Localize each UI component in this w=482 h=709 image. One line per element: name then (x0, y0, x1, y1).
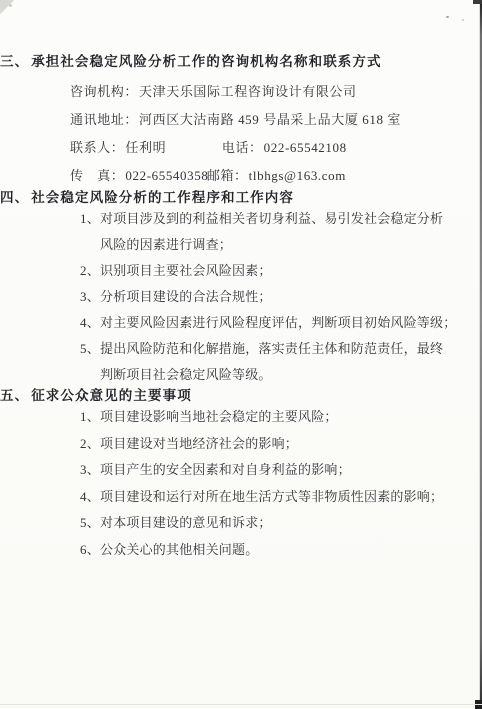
list-item: 2、识别项目主要社会风险因素； (80, 258, 458, 284)
section-heading-public-opinion: 五、征求公众意见的主要事项 (0, 388, 482, 404)
contact-pair: 联系人：任利明 (70, 134, 218, 162)
item-number: 2、 (80, 258, 100, 284)
list-item: 4、对主要风险因素进行风险程度评估，判断项目初始风险等级； (80, 310, 458, 336)
item-text: 对项目涉及到的利益相关者切身利益、易引发社会稳定分析 风险的因素进行调查； (100, 206, 443, 258)
contact-pair: 通讯地址：河西区大沽南路 459 号晶采上品大厦 618 室 (70, 106, 401, 134)
contact-pair: 电话：022-65542108 (222, 140, 347, 155)
scan-speck (462, 19, 464, 21)
list-item: 1、项目建设影响当地社会稳定的主要风险； (80, 404, 458, 431)
contact-row-fax-email: 传 真：022-65540358 邮箱：tlbhgs@163.com (70, 162, 482, 190)
contact-value: 022-65542108 (264, 140, 347, 155)
contact-row-person-phone: 联系人：任利明 电话：022-65542108 (70, 134, 482, 162)
section-number: 四、 (0, 190, 29, 205)
scan-speck (9, 4, 12, 7)
list-item: 3、分析项目建设的合法合规性； (80, 284, 458, 310)
list-item: 6、公众关心的其他相关问题。 (80, 537, 458, 564)
item-number: 6、 (80, 537, 100, 564)
contact-label: 邮箱： (207, 168, 248, 183)
contact-pair: 邮箱：tlbhgs@163.com (207, 168, 346, 183)
contact-value: 天津天乐国际工程咨询设计有限公司 (139, 84, 357, 99)
section-title: 征求公众意见的主要事项 (31, 388, 192, 403)
scanned-document-page: 三、承担社会稳定风险分析工作的咨询机构名称和联系方式 咨询机构：天津天乐国际工程… (0, 0, 482, 709)
section-title: 社会稳定风险分析的工作程序和工作内容 (31, 190, 294, 205)
contact-row-agency: 咨询机构：天津天乐国际工程咨询设计有限公司 (70, 78, 482, 106)
contact-label: 咨询机构： (70, 84, 138, 99)
contact-label: 传 真： (70, 168, 124, 183)
item-text: 项目建设对当地经济社会的影响； (100, 431, 298, 458)
item-text: 项目建设和运行对所在地生活方式等非物质性因素的影响； (100, 484, 443, 511)
item-number: 1、 (80, 404, 100, 431)
document-body: 三、承担社会稳定风险分析工作的咨询机构名称和联系方式 咨询机构：天津天乐国际工程… (0, 0, 482, 563)
item-text: 提出风险防范和化解措施，落实责任主体和防范责任，最终 判断项目社会稳定风险等级。 (100, 336, 443, 388)
item-number: 4、 (80, 310, 100, 336)
public-opinion-list: 1、项目建设影响当地社会稳定的主要风险； 2、项目建设对当地经济社会的影响； 3… (0, 404, 482, 563)
scan-speck (446, 16, 449, 18)
contact-row-address: 通讯地址：河西区大沽南路 459 号晶采上品大厦 618 室 (70, 106, 482, 134)
item-number: 5、 (80, 336, 100, 388)
scan-top-right-mark (473, 0, 482, 4)
contact-pair: 咨询机构：天津天乐国际工程咨询设计有限公司 (70, 78, 357, 106)
list-item: 4、项目建设和运行对所在地生活方式等非物质性因素的影响； (80, 484, 458, 511)
item-text: 识别项目主要社会风险因素； (100, 258, 272, 284)
section-number: 五、 (0, 388, 29, 403)
contact-info-block: 咨询机构：天津天乐国际工程咨询设计有限公司 通讯地址：河西区大沽南路 459 号… (70, 78, 482, 190)
contact-value: 022-65540358 (125, 168, 208, 183)
contact-label: 联系人： (70, 140, 124, 155)
section-heading-consulting-agency: 三、承担社会稳定风险分析工作的咨询机构名称和联系方式 (0, 54, 482, 70)
contact-label: 通讯地址： (70, 112, 138, 127)
list-item: 5、提出风险防范和化解措施，落实责任主体和防范责任，最终 判断项目社会稳定风险等… (80, 336, 458, 388)
scan-right-edge-shadow (479, 0, 480, 709)
item-number: 4、 (80, 484, 100, 511)
item-number: 5、 (80, 510, 100, 537)
list-item: 2、项目建设对当地经济社会的影响； (80, 431, 458, 458)
item-text: 对本项目建设的意见和诉求； (100, 510, 272, 537)
section-heading-work-procedure: 四、社会稳定风险分析的工作程序和工作内容 (0, 190, 482, 206)
contact-value: tlbhgs@163.com (249, 168, 346, 183)
section-number: 三、 (0, 54, 29, 69)
item-number: 1、 (80, 206, 100, 258)
item-text: 项目产生的安全因素和对自身利益的影响； (100, 457, 351, 484)
item-number: 3、 (80, 284, 100, 310)
item-text: 项目建设影响当地社会稳定的主要风险； (100, 404, 338, 431)
contact-value: 任利明 (125, 140, 166, 155)
contact-pair: 传 真：022-65540358 (70, 162, 203, 190)
item-text: 对主要风险因素进行风险程度评估，判断项目初始风险等级； (100, 310, 456, 336)
list-item: 5、对本项目建设的意见和诉求； (80, 510, 458, 537)
contact-value: 河西区大沽南路 459 号晶采上品大厦 618 室 (139, 112, 401, 127)
contact-label: 电话： (222, 140, 263, 155)
scan-bottom-edge-line (0, 704, 482, 705)
procedure-list: 1、对项目涉及到的利益相关者切身利益、易引发社会稳定分析 风险的因素进行调查； … (0, 206, 482, 388)
list-item: 3、项目产生的安全因素和对自身利益的影响； (80, 457, 458, 484)
list-item: 1、对项目涉及到的利益相关者切身利益、易引发社会稳定分析 风险的因素进行调查； (80, 206, 458, 258)
item-number: 3、 (80, 457, 100, 484)
item-text: 分析项目建设的合法合规性； (100, 284, 272, 310)
section-title: 承担社会稳定风险分析工作的咨询机构名称和联系方式 (31, 54, 381, 69)
item-text: 公众关心的其他相关问题。 (100, 537, 258, 564)
item-number: 2、 (80, 431, 100, 458)
